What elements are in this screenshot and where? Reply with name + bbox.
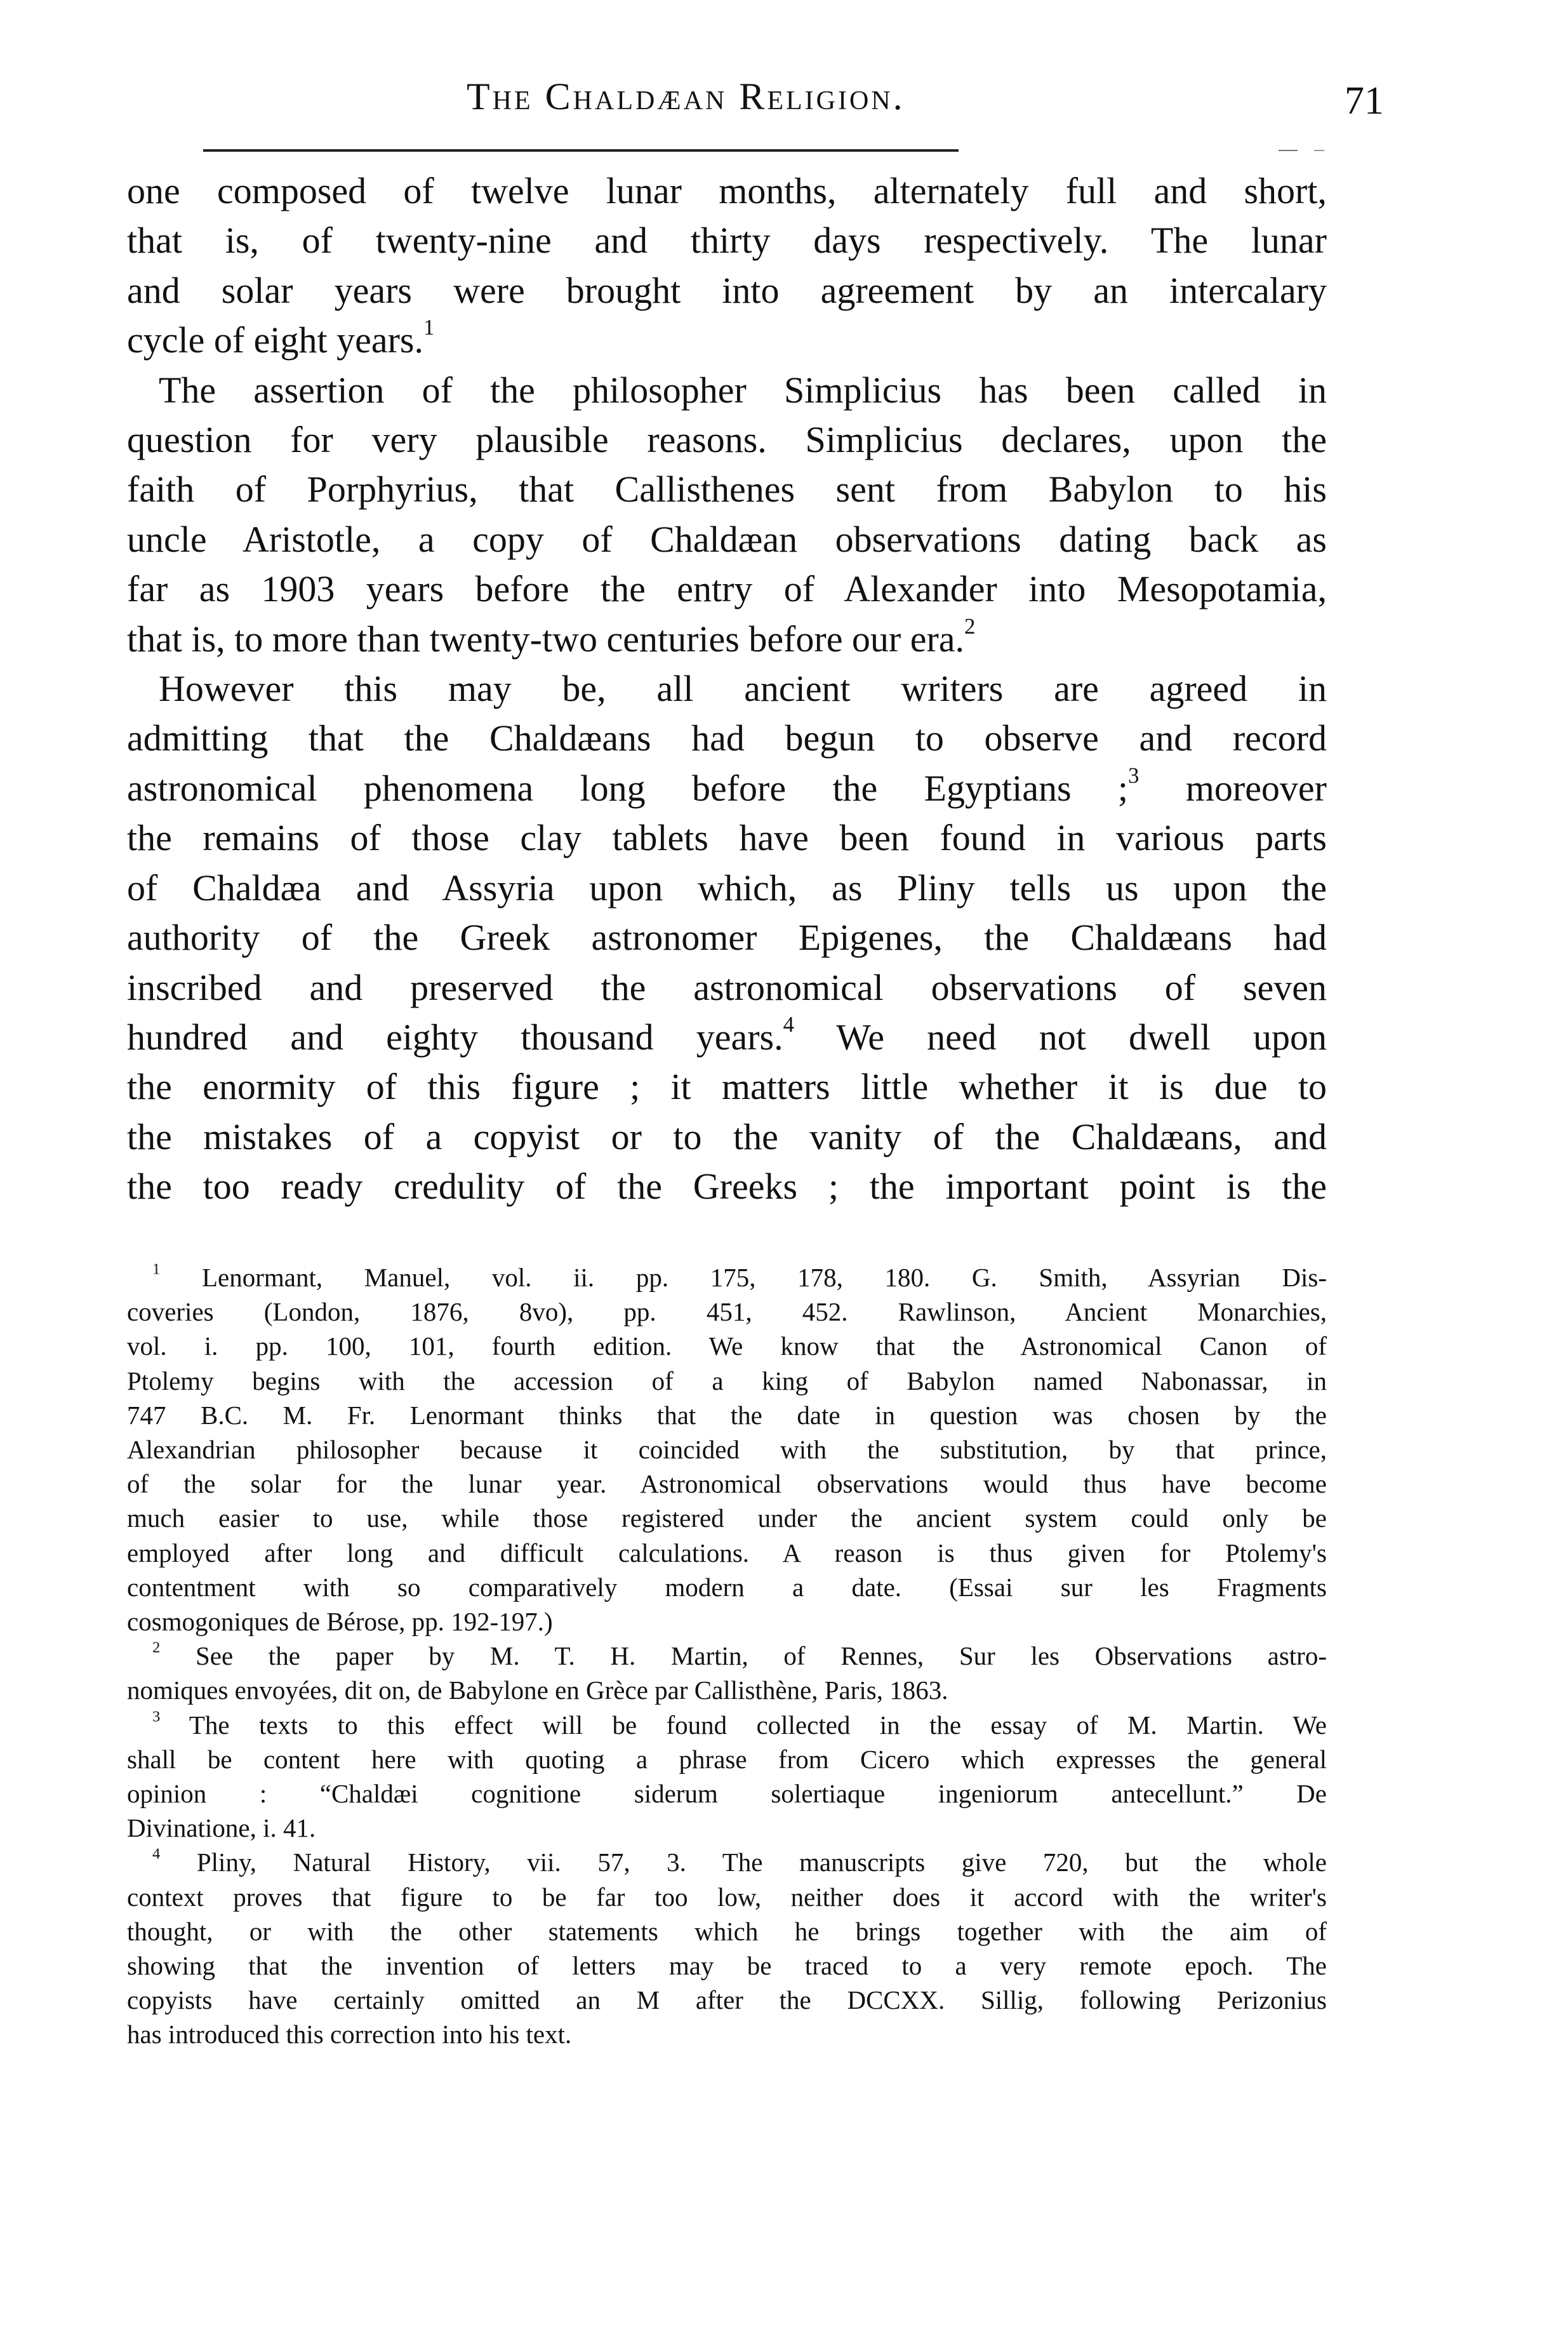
footnote-line: 4 Pliny, Natural History, vii. 57, 3. Th… — [127, 1845, 1327, 1879]
text-fragment: Pliny, Natural History, vii. 57, 3. The … — [197, 1848, 1327, 1877]
text-line: one composed of twelve lunar months, alt… — [127, 166, 1327, 216]
footnote-line: vol. i. pp. 100, 101, fourth edition. We… — [127, 1329, 1327, 1363]
text-line: uncle Aristotle, a copy of Chaldæan obse… — [127, 515, 1327, 564]
footnote-2: 2 See the paper by M. T. H. Martin, of R… — [127, 1639, 1327, 1707]
footnote-line: 3 The texts to this effect will be found… — [127, 1708, 1327, 1742]
footnote-marker: 4 — [152, 1846, 160, 1863]
text-line: question for very plausible reasons. Sim… — [127, 415, 1327, 465]
footnote-line: showing that the invention of letters ma… — [127, 1948, 1327, 1983]
header-rule-fragment — [1314, 150, 1324, 151]
footnote-reference[interactable]: 1 — [423, 315, 434, 340]
text-line: that is, of twenty-nine and thirty days … — [127, 216, 1327, 265]
text-line: authority of the Greek astronomer Epigen… — [127, 913, 1327, 962]
text-line: The assertion of the philosopher Simplic… — [127, 366, 1327, 415]
text-line: the too ready credulity of the Greeks ; … — [127, 1162, 1327, 1211]
footnote-line: opinion : “Chaldæi cognitione siderum so… — [127, 1776, 1327, 1811]
footnote-line: Alexandrian philosopher because it coinc… — [127, 1432, 1327, 1467]
footnote-line: nomiques envoyées, dit on, de Babylone e… — [127, 1673, 1327, 1707]
footnote-line: thought, or with the other statements wh… — [127, 1914, 1327, 1948]
text-line: inscribed and preserved the astronomical… — [127, 963, 1327, 1013]
footnote-line: copyists have certainly omitted an M aft… — [127, 1983, 1327, 2017]
footnote-line: shall be content here with quoting a phr… — [127, 1742, 1327, 1776]
footnote-line: context proves that figure to be far too… — [127, 1880, 1327, 1914]
text-line: of Chaldæa and Assyria upon which, as Pl… — [127, 863, 1327, 913]
paragraph-1: one composed of twelve lunar months, alt… — [127, 166, 1327, 366]
text-line: the enormity of this figure ; it matters… — [127, 1062, 1327, 1112]
text-fragment: See the paper by M. T. H. Martin, of Ren… — [196, 1641, 1327, 1670]
footnote-marker: 2 — [152, 1639, 160, 1656]
text-fragment: cycle of eight years. — [127, 319, 423, 361]
text-line: the remains of those clay tablets have b… — [127, 813, 1327, 863]
running-title: The Chaldæan Religion. — [467, 75, 905, 119]
text-line: far as 1903 years before the entry of Al… — [127, 564, 1327, 614]
footnote-line: 1 Lenormant, Manuel, vol. ii. pp. 175, 1… — [127, 1260, 1327, 1295]
paragraph-2: The assertion of the philosopher Simplic… — [127, 366, 1327, 664]
text-fragment: The texts to this effect will be found c… — [189, 1710, 1327, 1740]
text-fragment: that is, to more than twenty-two centuri… — [127, 618, 964, 660]
footnote-reference[interactable]: 4 — [783, 1012, 794, 1037]
text-line: hundred and eighty thousand years.4 We n… — [127, 1013, 1327, 1062]
footnote-line: has introduced this correction into his … — [127, 2017, 1327, 2051]
footnote-line: of the solar for the lunar year. Astrono… — [127, 1467, 1327, 1501]
text-fragment: We need not dwell upon — [794, 1016, 1327, 1058]
page-number: 71 — [1345, 79, 1384, 124]
text-line: faith of Porphyrius, that Callisthenes s… — [127, 465, 1327, 514]
footnote-line: much easier to use, while those register… — [127, 1501, 1327, 1535]
footnote-line: 747 B.C. M. Fr. Lenormant thinks that th… — [127, 1398, 1327, 1432]
text-fragment: astronomical phenomena long before the E… — [127, 768, 1128, 809]
header-rule — [203, 149, 959, 152]
text-fragment: Lenormant, Manuel, vol. ii. pp. 175, 178… — [202, 1263, 1327, 1292]
running-header: The Chaldæan Religion. 71 — [178, 75, 1403, 126]
text-line: the mistakes of a copyist or to the vani… — [127, 1112, 1327, 1162]
header-rule-fragment — [1279, 150, 1298, 151]
text-fragment: hundred and eighty thousand years. — [127, 1016, 783, 1058]
footnote-marker: 3 — [152, 1708, 160, 1725]
text-line: astronomical phenomena long before the E… — [127, 764, 1327, 813]
footnote-line: contentment with so comparatively modern… — [127, 1570, 1327, 1604]
footnote-line: cosmogoniques de Bérose, pp. 192-197.) — [127, 1604, 1327, 1639]
footnote-reference[interactable]: 3 — [1128, 763, 1139, 788]
text-line: that is, to more than twenty-two centuri… — [127, 615, 1327, 664]
footnote-reference[interactable]: 2 — [964, 614, 975, 639]
footnote-3: 3 The texts to this effect will be found… — [127, 1708, 1327, 1846]
text-line: and solar years were brought into agreem… — [127, 266, 1327, 316]
footnote-1: 1 Lenormant, Manuel, vol. ii. pp. 175, 1… — [127, 1260, 1327, 1639]
footnote-line: coveries (London, 1876, 8vo), pp. 451, 4… — [127, 1295, 1327, 1329]
book-page: The Chaldæan Religion. 71 one composed o… — [0, 0, 1568, 2344]
footnote-line: Divinatione, i. 41. — [127, 1811, 1327, 1845]
text-fragment: moreover — [1139, 768, 1327, 809]
footnote-line: 2 See the paper by M. T. H. Martin, of R… — [127, 1639, 1327, 1673]
text-line: cycle of eight years.1 — [127, 316, 1327, 365]
footnote-line: Ptolemy begins with the accession of a k… — [127, 1364, 1327, 1398]
paragraph-3: However this may be, all ancient writers… — [127, 664, 1327, 1211]
text-line: admitting that the Chaldæans had begun t… — [127, 714, 1327, 763]
footnote-marker: 1 — [152, 1260, 160, 1277]
footnote-line: employed after long and difficult calcul… — [127, 1536, 1327, 1570]
footnote-4: 4 Pliny, Natural History, vii. 57, 3. Th… — [127, 1845, 1327, 2051]
footnotes: 1 Lenormant, Manuel, vol. ii. pp. 175, 1… — [127, 1260, 1327, 2052]
main-text: one composed of twelve lunar months, alt… — [127, 166, 1327, 1212]
text-line: However this may be, all ancient writers… — [127, 664, 1327, 714]
